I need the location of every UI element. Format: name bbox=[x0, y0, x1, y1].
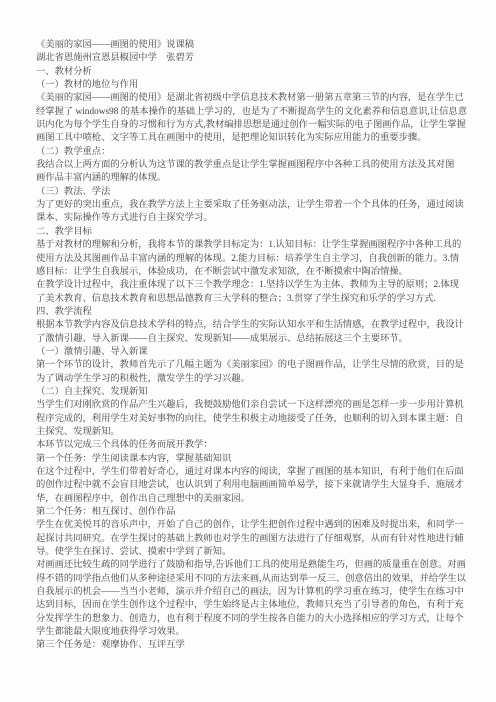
doc-line: 分发挥学生的想象力、创造力，也有利于程度不同的学生按各自能力的大小选择相应的学习… bbox=[36, 613, 466, 626]
doc-line: 为了调动学生学习的积极性，激发学生的学习兴趣。 bbox=[36, 373, 466, 386]
doc-line: 主探究、发现新知。 bbox=[36, 426, 466, 439]
doc-line: 自我展示的机会——当当小老师，演示并介绍自己的画法，因为计算机的学习重在练习，使… bbox=[36, 586, 466, 599]
doc-line: 课本、实际操作等方式进行自主探究学习。 bbox=[36, 212, 466, 225]
doc-line: 得不错的同学指点他们从多种途径采用不同的方法来画,从而达到举一反三、创意倍出的效… bbox=[36, 573, 466, 586]
doc-line: 学生都能最大限度地获得学习效果。 bbox=[36, 626, 466, 639]
doc-line: （二）自主探究、发现新知 bbox=[36, 386, 466, 399]
doc-line: 起探讨共同研究。在学生探讨的基础上教师也对学生的画图方法进行了仔细观察，从而有针… bbox=[36, 533, 466, 546]
body-lines: 一、教材分析（一）教材的地位与作用《美丽的家园——画图的使用》是湖北省初级中学信… bbox=[36, 66, 466, 653]
doc-line: 为了更好的突出重点，我在教学方法上主要采取了任务驱动法，让学生带着一个个具体的任… bbox=[36, 199, 466, 212]
doc-line: 《美丽的家园——画图的使用》是湖北省初级中学信息技术教材第一册第五章第三节的内容… bbox=[36, 92, 466, 105]
doc-line: 在教学设计过程中，我注重体现了以下三个教学理念：1.坚持以学生为主体、教师为主导… bbox=[36, 279, 466, 292]
doc-line: 经掌握了 windows98 的基本操作的基础上学习的，也是为了不断提高学生的文… bbox=[36, 106, 466, 119]
doc-line: 对画画还比较生疏的同学进行了鼓励和指导,告诉他们工具的使用是熟能生巧，但画的质量… bbox=[36, 559, 466, 572]
doc-line: 导。使学生在探讨、尝试、摸索中学到了新知。 bbox=[36, 546, 466, 559]
doc-line: 了美术教育、信息技术教育和思想品德教育三大学科的整合；3.贯穿了学生探究和乐学的… bbox=[36, 293, 466, 306]
doc-line: 画作品丰富内涵的理解的体现。 bbox=[36, 172, 466, 185]
document-page: 《美丽的家园——画图的使用》说课稿 湖北省恩施州宣恩县椒园中学 张碧芳 一、教材… bbox=[0, 0, 496, 702]
doc-line: 本环节以完成三个具体的任务而展开教学： bbox=[36, 439, 466, 452]
doc-line: 一、教材分析 bbox=[36, 66, 466, 79]
doc-line: 达到目标，因而在学生创作这个过程中，学生始终是占主体地位，教师只充当了引导者的角… bbox=[36, 599, 466, 612]
doc-line: 了激情引趣、导入新课——自主探究、发现新知——成果展示、总结拓展这三个主要环节。 bbox=[36, 333, 466, 346]
doc-line: 识内化为每个学生自身的习惯和行为方式,教材编排思想是通过创作一幅实际的电子图画作… bbox=[36, 119, 466, 132]
doc-line: 二、教学目标 bbox=[36, 226, 466, 239]
doc-line: 根据本节教学内容及信息技术学科的特点，结合学生的实际认知水平和生活情感，在教学过… bbox=[36, 319, 466, 332]
doc-line: （一）教材的地位与作用 bbox=[36, 79, 466, 92]
doc-line: 华，在画图程序中，创作出自己理想中的美丽家园。 bbox=[36, 493, 466, 506]
doc-line: （二）教学重点： bbox=[36, 146, 466, 159]
doc-line: 使用方法及其图画作品丰富内涵的理解的体现。2.能力目标：培养学生自主学习，自我创… bbox=[36, 253, 466, 266]
document-title: 《美丽的家园——画图的使用》说课稿 bbox=[36, 39, 466, 52]
doc-line: 第三个任务是：观摩协作、互评互学 bbox=[36, 639, 466, 652]
doc-line: 学生在优美悦耳的音乐声中，开始了自己的创作，让学生把创作过程中遇到的困难及时提出… bbox=[36, 519, 466, 532]
doc-line: 第一个环节的设计，教师首先示了几幅主题为《美丽家园》的电子图画作品，让学生尽情的… bbox=[36, 359, 466, 372]
doc-line: 感目标：让学生自我展示，体验成功，在不断尝试中激发求知欲，在不断摸索中陶冶情操。 bbox=[36, 266, 466, 279]
document-body: 《美丽的家园——画图的使用》说课稿 湖北省恩施州宣恩县椒园中学 张碧芳 一、教材… bbox=[36, 39, 466, 653]
doc-line: 画图工具中喷枪、文字等工具在画图中的使用，是把理论知识转化为实际应用能力的重要步… bbox=[36, 132, 466, 145]
doc-line: 当学生们对刚欣赏的作品产生兴趣后，我便鼓励他们亲自尝试一下这样漂亮的画是怎样一步… bbox=[36, 399, 466, 412]
doc-line: 我结合以上两方面的分析认为这节课的教学重点是让学生掌握画图程序中各种工具的使用方… bbox=[36, 159, 466, 172]
doc-line: （一）激情引趣、导入新课 bbox=[36, 346, 466, 359]
doc-line: 的创作过程中就不会盲目地尝试，也认识到了利用电脑画画简单易学，接下来就请学生大显… bbox=[36, 479, 466, 492]
author-line: 湖北省恩施州宣恩县椒园中学 张碧芳 bbox=[36, 52, 466, 65]
doc-line: 在这个过程中，学生们带着好奇心，通过对课本内容的阅读，掌握了画图的基本知识，有利… bbox=[36, 466, 466, 479]
doc-line: 基于对教材的理解和分析，我将本节的课教学目标定为：1.认知目标：让学生掌握画图程… bbox=[36, 239, 466, 252]
doc-line: 四、教学流程 bbox=[36, 306, 466, 319]
doc-line: 第一个任务：学生阅读课本内容，掌握基础知识 bbox=[36, 453, 466, 466]
doc-line: （三）教法、学法 bbox=[36, 186, 466, 199]
doc-line: 程序完成的，利用学生对美好事物的向往，使学生积极主动地接受了任务，也顺利的切入到… bbox=[36, 413, 466, 426]
doc-line: 第二个任务：相互探讨、创作作品 bbox=[36, 506, 466, 519]
